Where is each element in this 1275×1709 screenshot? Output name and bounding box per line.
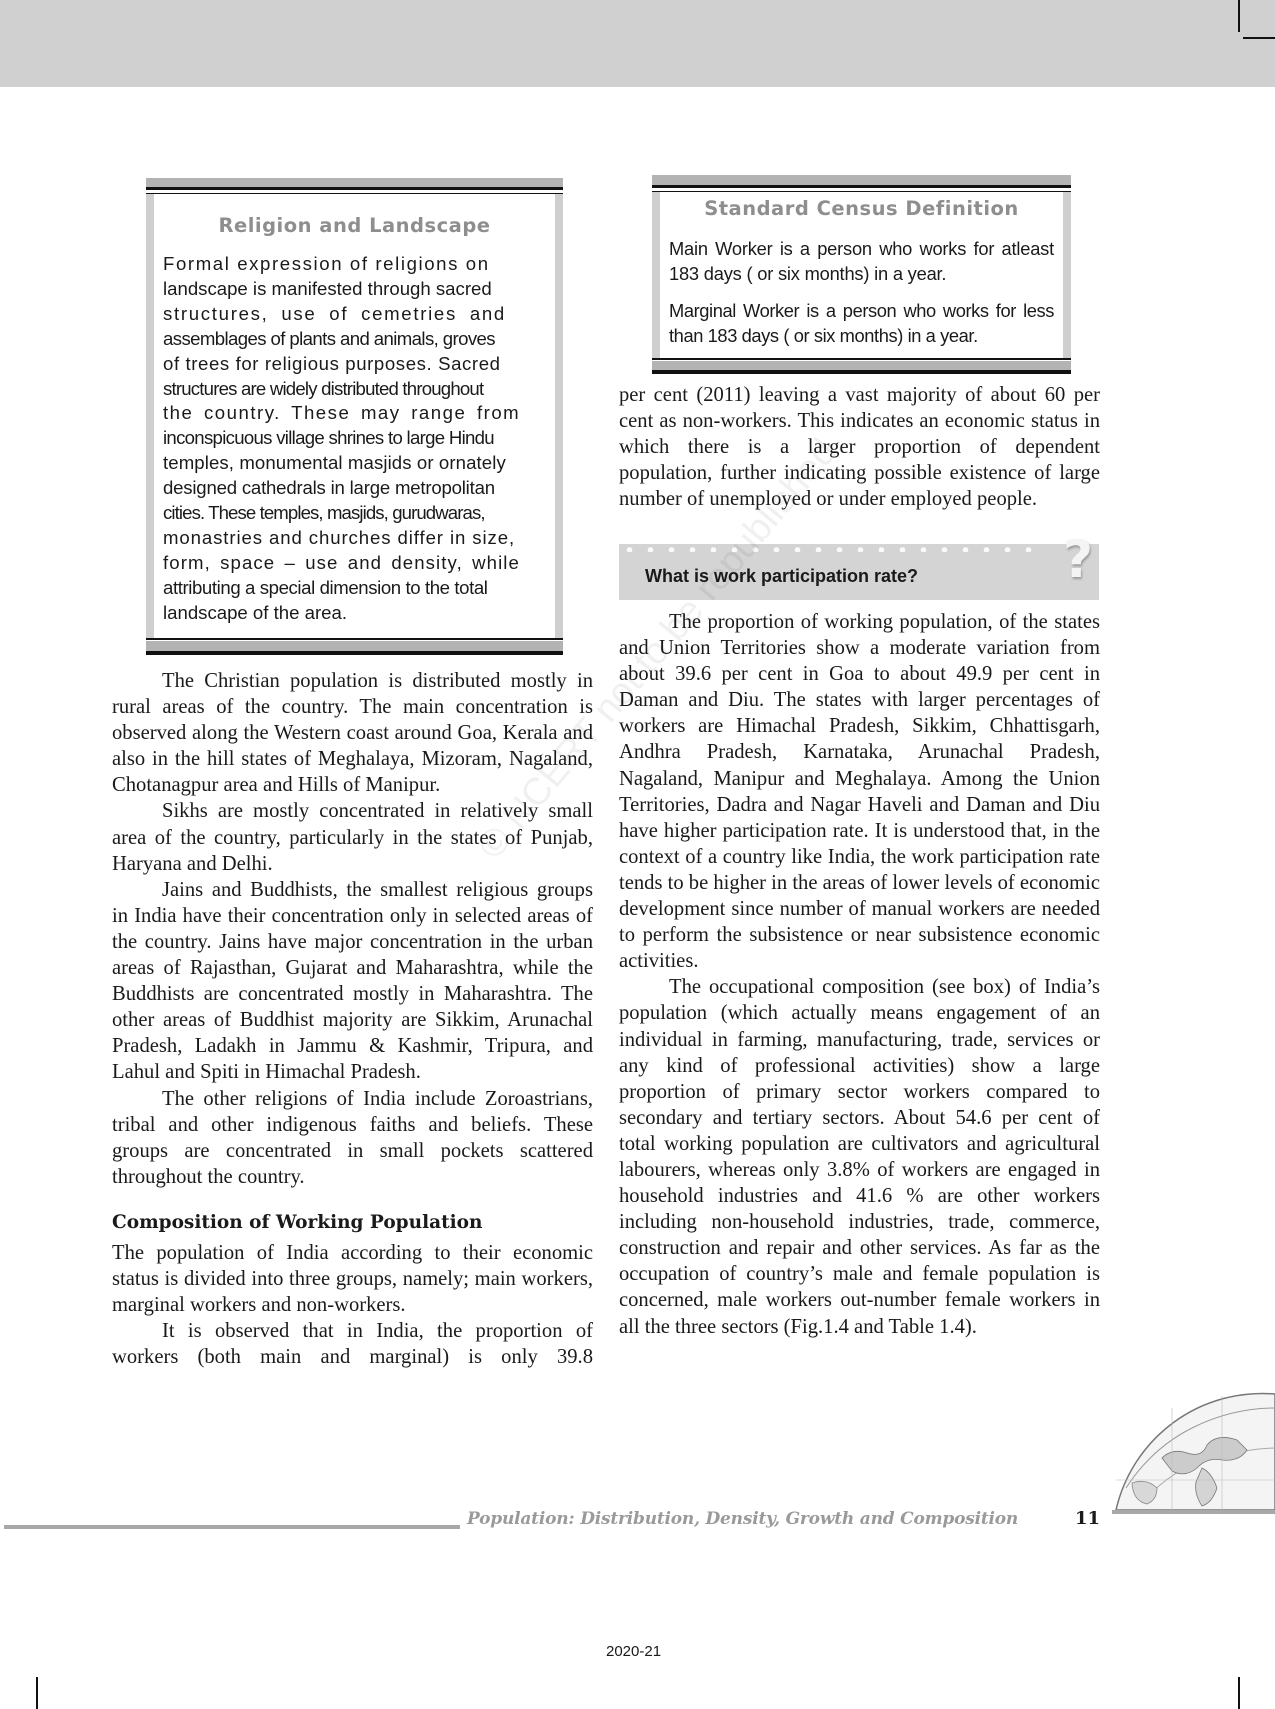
edition-year: 2020-21 xyxy=(606,1643,661,1660)
paragraph-sikhs: Sikhs are mostly concentrated in relativ… xyxy=(112,798,593,876)
census-definition-box: Standard Census Definition Main Worker i… xyxy=(652,175,1071,374)
religion-landscape-box: Religion and Landscape Formal expression… xyxy=(146,178,563,655)
paragraph-non-workers: per cent (2011) leaving a vast majority … xyxy=(619,382,1100,512)
paragraph-christian: The Christian population is distributed … xyxy=(112,668,593,798)
footer-rule xyxy=(4,1525,460,1529)
paragraph-other-religions: The other religions of India include Zor… xyxy=(112,1086,593,1190)
religion-box-title: Religion and Landscape xyxy=(146,214,563,237)
top-gray-band xyxy=(0,0,1275,87)
crop-mark-bottom-right xyxy=(1238,1677,1240,1709)
crop-mark-top-right-h xyxy=(1243,37,1275,39)
paragraph-economic-status: The population of India according to the… xyxy=(112,1240,593,1318)
left-column: The Christian population is distributed … xyxy=(112,668,593,1370)
paragraph-occupational-composition: The occupational composition (see box) o… xyxy=(619,974,1100,1339)
question-text: What is work participation rate? xyxy=(645,566,918,587)
page-number: 11 xyxy=(1075,1508,1100,1529)
census-box-title: Standard Census Definition xyxy=(652,197,1071,220)
right-column-body: The proportion of working population, of… xyxy=(619,609,1100,1340)
question-mark-icon: ? xyxy=(1063,530,1093,590)
paragraph-proportion-workers: It is observed that in India, the propor… xyxy=(112,1318,593,1370)
right-column-top: per cent (2011) leaving a vast majority … xyxy=(619,382,1100,512)
section-heading-working-population: Composition of Working Population xyxy=(112,1210,593,1236)
main-worker-definition: Main Worker is a person who works for at… xyxy=(669,237,1054,286)
world-map-globe-icon xyxy=(1112,1388,1275,1516)
marginal-worker-definition: Marginal Worker is a person who works fo… xyxy=(669,299,1054,348)
crop-mark-bottom-left xyxy=(36,1677,38,1709)
paragraph-jains-buddhists: Jains and Buddhists, the smallest religi… xyxy=(112,877,593,1086)
crop-mark-top-right xyxy=(1238,0,1240,32)
dotted-border xyxy=(619,546,1039,552)
religion-box-body: Formal expression of religions on landsc… xyxy=(163,252,546,626)
paragraph-work-participation: The proportion of working population, of… xyxy=(619,609,1100,974)
running-title: Population: Distribution, Density, Growt… xyxy=(467,1509,1018,1529)
question-banner: What is work participation rate? ? xyxy=(619,544,1099,600)
